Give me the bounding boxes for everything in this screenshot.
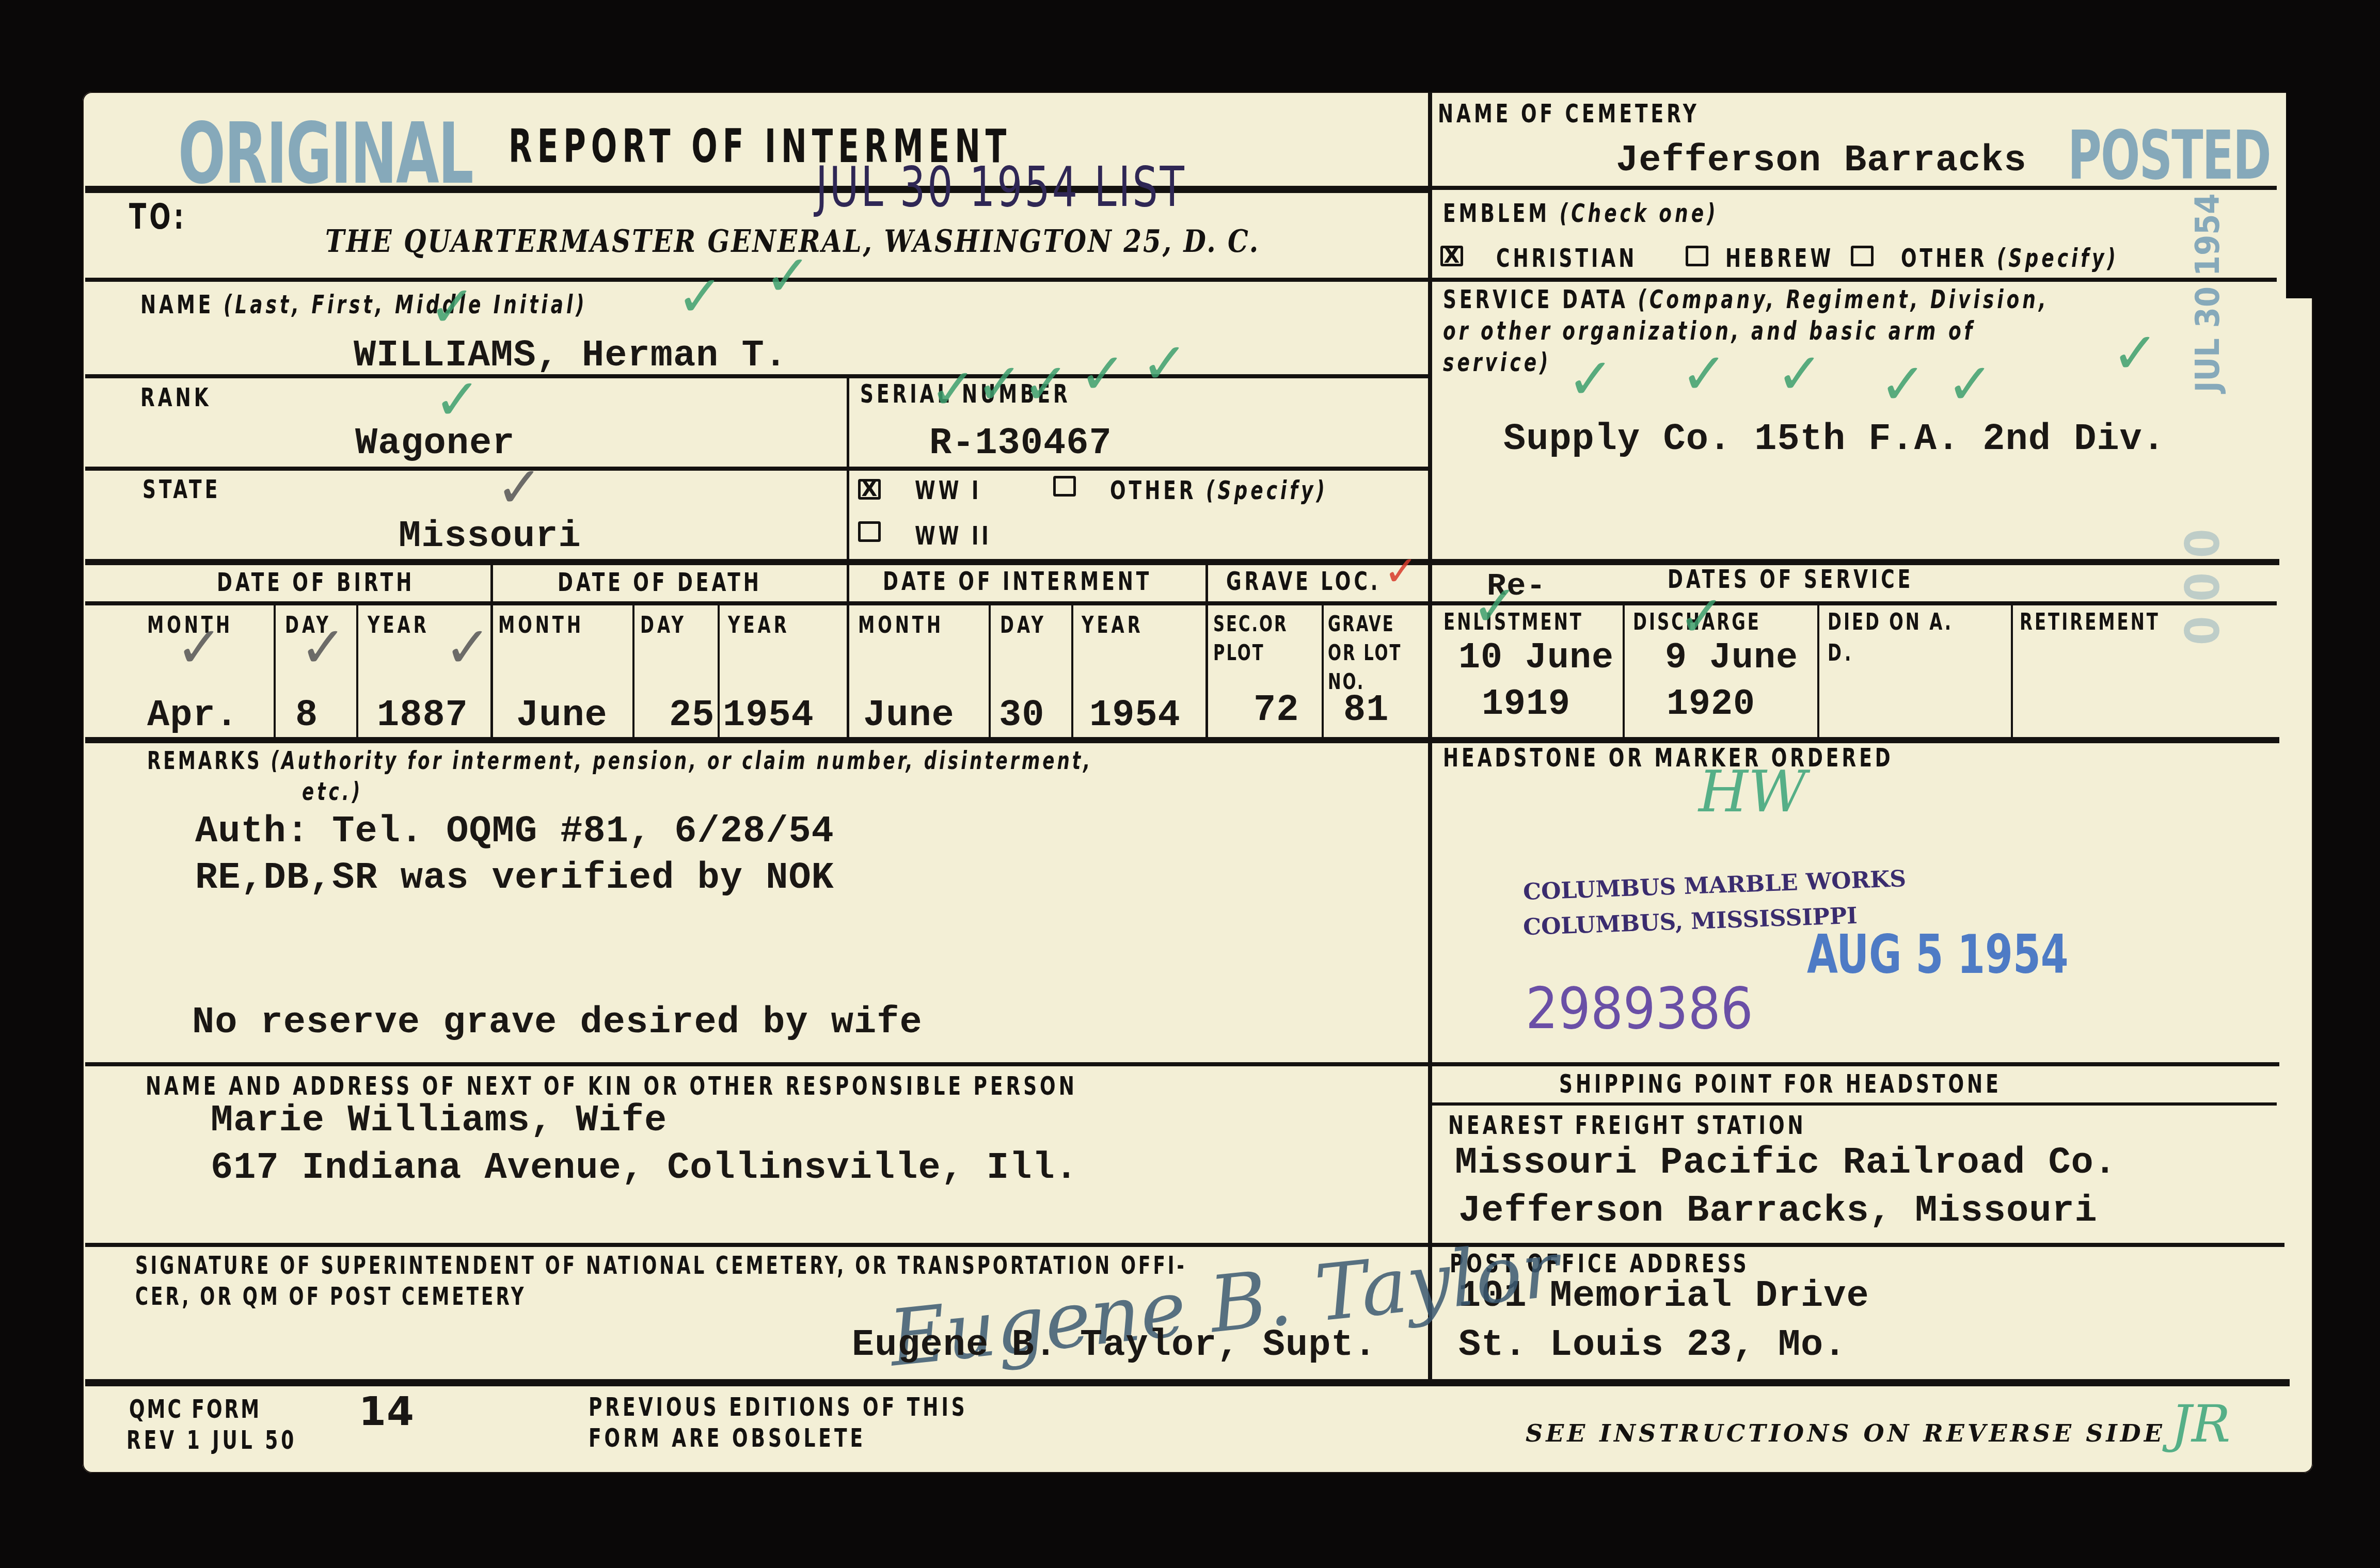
sec-plot-label-1: SEC.OR bbox=[1213, 611, 1288, 637]
death-year-label: YEAR bbox=[728, 612, 790, 638]
name-label: NAME (Last, First, Middle Initial) bbox=[140, 290, 588, 320]
retirement-label: RETIREMENT bbox=[2020, 609, 2160, 635]
cemetery-value: Jefferson Barracks bbox=[1616, 139, 2027, 182]
service-data-note-3-text: service) bbox=[1443, 348, 1551, 378]
divider bbox=[1071, 604, 1073, 739]
remarks-label-text: REMARKS bbox=[147, 746, 262, 775]
emblem-other-note: (Specify) bbox=[1997, 244, 2119, 274]
service-data-value: Supply Co. 15th F.A. 2nd Div. bbox=[1503, 418, 2165, 460]
check-icon: ✓ bbox=[1776, 341, 1823, 407]
divider bbox=[1623, 604, 1625, 739]
divider bbox=[718, 604, 720, 739]
birth-year-label: YEAR bbox=[368, 612, 430, 638]
enlistment-value-1: 10 June bbox=[1458, 638, 1614, 679]
remarks-label-note: (Authority for interment, pension, or cl… bbox=[271, 746, 1093, 775]
divider bbox=[85, 601, 1430, 605]
check-icon: ✓ bbox=[1471, 573, 1519, 639]
divider bbox=[85, 1379, 2290, 1386]
check-icon: ✓ bbox=[434, 366, 481, 433]
grave-lot-label-1: GRAVE bbox=[1328, 611, 1395, 637]
divider bbox=[1817, 604, 1819, 739]
service-data-label-text: SERVICE DATA bbox=[1443, 285, 1628, 315]
check-icon: ✓ bbox=[496, 454, 543, 520]
freight-station-line-1: Missouri Pacific Railroad Co. bbox=[1455, 1142, 2117, 1184]
cemetery-label: NAME OF CEMETERY bbox=[1438, 99, 1700, 129]
birth-day-value: 8 bbox=[295, 694, 318, 737]
obsolete-note-1: PREVIOUS EDITIONS OF THIS bbox=[589, 1393, 968, 1422]
emblem-hebrew-label: HEBREW bbox=[1725, 244, 1834, 274]
post-office-line-2: St. Louis 23, Mo. bbox=[1458, 1324, 1847, 1366]
service-data-label: SERVICE DATA (Company, Regiment, Divisio… bbox=[1443, 285, 2049, 315]
state-value: Missouri bbox=[399, 515, 581, 557]
enlistment-value-2: 1919 bbox=[1482, 684, 1570, 725]
died-on-ad-label-1: DIED ON A. bbox=[1828, 609, 1953, 635]
death-day-value: 25 bbox=[669, 694, 715, 737]
to-label: TO: bbox=[129, 196, 187, 237]
next-of-kin-line-1: Marie Williams, Wife bbox=[211, 1099, 667, 1142]
divider bbox=[85, 737, 2279, 743]
other-war-label: OTHER (Specify) bbox=[1110, 476, 1328, 506]
emblem-label-note: (Check one) bbox=[1560, 199, 1719, 229]
ww1-checkbox[interactable]: X bbox=[858, 479, 881, 500]
remarks-line-1: Auth: Tel. OQMG #81, 6/28/54 bbox=[195, 810, 834, 853]
divider bbox=[989, 604, 991, 739]
check-icon: ✓ bbox=[1141, 330, 1188, 396]
interment-month-value: June bbox=[863, 694, 955, 737]
sec-plot-label-2: PLOT bbox=[1213, 640, 1265, 666]
remarks-line-3: No reserve grave desired by wife bbox=[192, 1001, 923, 1044]
divider bbox=[1322, 604, 1324, 739]
emblem-label-text: EMBLEM bbox=[1443, 199, 1550, 229]
grave-number-value: 81 bbox=[1343, 689, 1389, 731]
divider bbox=[274, 604, 276, 739]
grave-lot-label-2: OR LOT bbox=[1328, 640, 1402, 666]
ww2-label: WW II bbox=[915, 521, 992, 551]
check-icon: ✓ bbox=[764, 243, 812, 309]
check-icon: ✓ bbox=[176, 614, 223, 680]
service-data-note-1: (Company, Regiment, Division, bbox=[1638, 285, 2049, 315]
card-edge-shadow bbox=[2286, 92, 2313, 298]
divider bbox=[1430, 278, 2277, 282]
headstone-order-number: 2989386 bbox=[1526, 975, 1753, 1042]
divider bbox=[847, 563, 849, 738]
typed-signature: Eugene B. Taylor, Supt. bbox=[852, 1324, 1377, 1366]
interment-year-value: 1954 bbox=[1089, 694, 1181, 737]
divider bbox=[2011, 604, 2013, 739]
ww2-checkbox[interactable] bbox=[858, 521, 881, 542]
other-war-checkbox[interactable] bbox=[1053, 476, 1076, 497]
check-icon: ✓ bbox=[676, 263, 724, 329]
check-icon: ✓ bbox=[976, 351, 1023, 417]
death-month-value: June bbox=[516, 694, 608, 737]
remarks-label-etc-text: etc.) bbox=[302, 777, 363, 806]
freight-station-label: NEAREST FREIGHT STATION bbox=[1448, 1111, 1806, 1141]
emblem-other-checkbox[interactable] bbox=[1851, 246, 1874, 266]
posted-stamp: POSTED bbox=[2068, 116, 2271, 195]
date-of-birth-label: DATE OF BIRTH bbox=[217, 568, 415, 598]
emblem-label: EMBLEM (Check one) bbox=[1443, 199, 1719, 229]
check-icon: ✓ bbox=[444, 614, 491, 680]
death-day-label: DAY bbox=[640, 612, 687, 638]
grave-section-value: 72 bbox=[1254, 689, 1299, 731]
check-icon: ✓ bbox=[929, 356, 977, 422]
check-icon: ✓ bbox=[429, 274, 476, 340]
posted-date-stamp: JUL 30 1954 bbox=[2189, 194, 2227, 392]
death-month-label: MONTH bbox=[498, 612, 584, 638]
shipping-point-label: SHIPPING POINT FOR HEADSTONE bbox=[1559, 1069, 2002, 1099]
service-data-note-3: service) bbox=[1443, 348, 1551, 378]
divider bbox=[356, 604, 358, 739]
divider bbox=[632, 604, 634, 739]
divider bbox=[1205, 563, 1208, 738]
footer-initials: JR bbox=[2171, 1394, 2230, 1454]
divider bbox=[1430, 1102, 2277, 1106]
interment-month-label: MONTH bbox=[858, 612, 944, 638]
divider bbox=[1430, 601, 2277, 605]
state-label: STATE bbox=[142, 475, 220, 505]
headstone-initials: HW bbox=[1699, 759, 1806, 825]
headstone-label: HEADSTONE OR MARKER ORDERED bbox=[1443, 743, 1894, 773]
check-icon: ✓ bbox=[299, 614, 347, 680]
next-of-kin-label: NAME AND ADDRESS OF NEXT OF KIN OR OTHER… bbox=[146, 1071, 1077, 1101]
serial-number-value: R-130467 bbox=[929, 422, 1112, 465]
birth-year-value: 1887 bbox=[377, 694, 468, 737]
form-id-line-2: REV 1 JUL 50 bbox=[126, 1426, 297, 1455]
check-icon: ✓ bbox=[1079, 341, 1126, 407]
check-icon: ✓ bbox=[2112, 320, 2159, 386]
name-label-note: (Last, First, Middle Initial) bbox=[224, 290, 588, 320]
other-war-text: OTHER bbox=[1110, 476, 1197, 506]
date-of-death-label: DATE OF DEATH bbox=[558, 568, 762, 598]
divider bbox=[85, 467, 1430, 471]
faint-vertical-stamp: 0 0 0 bbox=[2176, 529, 2230, 645]
divider bbox=[85, 559, 2279, 565]
birth-month-value: Apr. bbox=[147, 694, 239, 737]
check-icon: ✓ bbox=[1567, 346, 1614, 412]
form-id-line-1: QMC FORM bbox=[129, 1395, 261, 1425]
date-of-interment-label: DATE OF INTERMENT bbox=[883, 567, 1152, 597]
emblem-other-text: OTHER bbox=[1901, 244, 1988, 274]
remarks-label-etc: etc.) bbox=[302, 777, 363, 806]
divider bbox=[85, 1243, 2284, 1247]
emblem-hebrew-checkbox[interactable] bbox=[1686, 246, 1708, 266]
died-on-ad-label-2: D. bbox=[1828, 640, 1854, 666]
headstone-date-stamp: AUG 5 1954 bbox=[1807, 924, 2069, 986]
remarks-line-2: RE,DB,SR was verified by NOK bbox=[195, 857, 834, 899]
next-of-kin-line-2: 617 Indiana Avenue, Collinsville, Ill. bbox=[211, 1147, 1078, 1189]
check-icon: ✓ bbox=[1678, 583, 1725, 649]
rank-label: RANK bbox=[140, 383, 212, 413]
form-number: 14 bbox=[359, 1388, 415, 1434]
instructions-note: SEE INSTRUCTIONS ON REVERSE SIDE bbox=[1526, 1419, 2165, 1447]
check-icon: ✓ bbox=[1946, 351, 1994, 417]
emblem-christian-label: CHRISTIAN bbox=[1496, 244, 1637, 274]
interment-day-value: 30 bbox=[999, 694, 1044, 737]
check-icon: ✓ bbox=[1022, 351, 1070, 417]
divider bbox=[85, 1062, 2279, 1066]
red-check-icon: ✓ bbox=[1384, 547, 1418, 595]
freight-station-line-2: Jefferson Barracks, Missouri bbox=[1458, 1190, 2098, 1232]
check-icon: ✓ bbox=[1879, 351, 1927, 417]
check-icon: ✓ bbox=[1680, 341, 1728, 407]
remarks-label: REMARKS (Authority for interment, pensio… bbox=[147, 746, 1092, 775]
signature-label-1: SIGNATURE OF SUPERINTENDENT OF NATIONAL … bbox=[135, 1251, 1187, 1279]
name-value: WILLIAMS, Herman T. bbox=[354, 334, 787, 377]
ww1-label: WW I bbox=[915, 476, 981, 506]
divider bbox=[85, 278, 1430, 282]
obsolete-note-2: FORM ARE OBSOLETE bbox=[589, 1423, 866, 1453]
grave-loc-label: GRAVE LOC. bbox=[1226, 567, 1381, 597]
emblem-christian-checkbox[interactable]: X bbox=[1440, 246, 1463, 266]
form-title: REPORT OF INTERMENT bbox=[509, 120, 1011, 173]
original-stamp: ORIGINAL bbox=[178, 106, 472, 203]
signature-label-2: CER, OR QM OF POST CEMETERY bbox=[135, 1282, 526, 1310]
emblem-other-label: OTHER (Specify) bbox=[1901, 244, 2119, 274]
discharge-value-2: 1920 bbox=[1667, 684, 1755, 725]
interment-day-label: DAY bbox=[1000, 612, 1046, 638]
other-war-note: (Specify) bbox=[1206, 476, 1328, 506]
name-label-text: NAME bbox=[140, 290, 214, 320]
interment-year-label: YEAR bbox=[1082, 612, 1144, 638]
death-year-value: 1954 bbox=[723, 694, 814, 737]
